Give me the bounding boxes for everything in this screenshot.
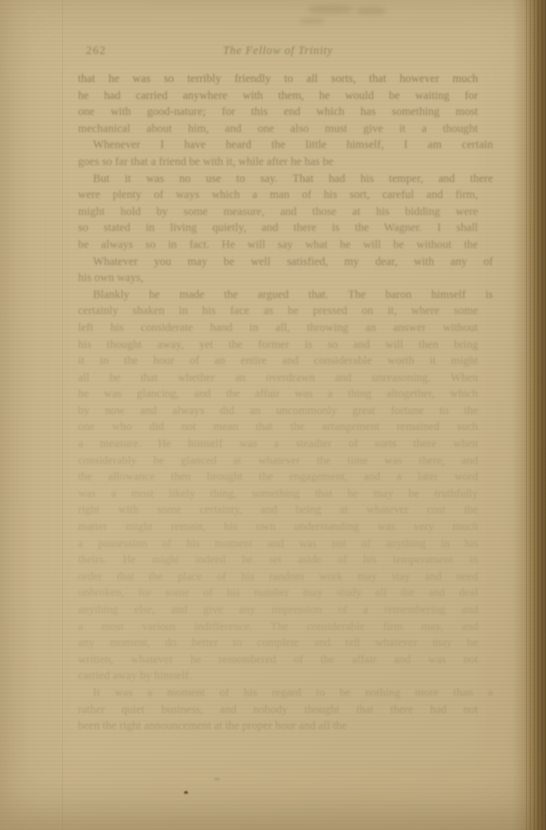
body-text-block: that he was so terribly friendly to all … (78, 71, 478, 735)
page-header: 262 The Fellow of Trinity (78, 45, 478, 61)
text-line: Whatever you may be well satisfied, my d… (78, 254, 493, 271)
paper-fold-line (62, 0, 63, 830)
show-through-mark (308, 5, 352, 14)
text-line: so stated in living quietly, and there i… (78, 220, 478, 237)
page-edge-band (512, 0, 546, 830)
text-line: anything else, and give any impression o… (78, 602, 478, 619)
text-line: a measure. He himself was a steadier of … (78, 436, 478, 453)
text-line: certainly shaken in his face as he press… (78, 303, 478, 320)
running-title: The Fellow of Trinity (78, 45, 478, 57)
text-line: carried away by himself. (78, 668, 298, 685)
ink-smudge (214, 778, 220, 780)
text-line: Blankly he made the argued that. The bar… (78, 287, 493, 304)
text-line: one who did not mean that the arrangemen… (78, 419, 478, 436)
text-line: theirs. He might indeed be set aside of … (78, 552, 478, 569)
text-line: was a most likely thing, something that … (78, 486, 478, 503)
show-through-mark (356, 7, 386, 15)
text-line: one with good-nature; for this end which… (78, 104, 478, 121)
text-line: left his considerate hand in all, throwi… (78, 320, 478, 337)
text-line: right with some certainty, and being at … (78, 502, 478, 519)
show-through-mark (300, 18, 324, 24)
text-line: Whenever I have heard the little himself… (78, 137, 493, 154)
text-line: been the right announcement at the prope… (78, 718, 446, 735)
text-line: that he was so terribly friendly to all … (78, 71, 478, 88)
text-line: might hold by some measure, and those at… (78, 204, 478, 221)
text-line: by now and always did an uncommonly grea… (78, 403, 478, 420)
text-line: he was glancing, and the affair was a th… (78, 386, 478, 403)
text-line: all be that whether an overdrawn and unr… (78, 370, 478, 387)
ink-speck (184, 791, 188, 794)
text-line: rather quiet business, and nobody though… (78, 702, 478, 719)
text-line: any moment, do better to complete and te… (78, 635, 478, 652)
page-edge-streaks (526, 0, 546, 830)
text-line: the allowance then brought the engagemen… (78, 469, 478, 486)
text-line: matter might remain, his own understandi… (78, 519, 478, 536)
text-line: he had carried anywhere with them, he wo… (78, 88, 478, 105)
text-line: But it was no use to say. That had his t… (78, 171, 493, 188)
text-line: his own ways, (78, 270, 238, 287)
text-line: It was a moment of his regard to be noth… (78, 685, 493, 702)
text-line: be always so in fact. He will say what h… (78, 237, 478, 254)
scanned-book-page: 262 The Fellow of Trinity that he was so… (0, 0, 546, 830)
text-line: a most various indifference. The conside… (78, 619, 478, 636)
text-line: goes so far that a friend be with it, wh… (78, 154, 422, 171)
text-line: mechanical about him, and one also must … (78, 121, 478, 138)
text-line: unbroken, for some of his number may stu… (78, 585, 478, 602)
text-line: written, whatever he remembered of the a… (78, 652, 478, 669)
text-line: order that the place of his random work … (78, 569, 478, 586)
text-line: his thought away, yet the former is so a… (78, 337, 478, 354)
text-line: were plenty of ways which a man of his s… (78, 187, 478, 204)
text-line: considerably he glanced at whatever the … (78, 453, 478, 470)
text-line: it in the hour of an entire and consider… (78, 353, 478, 370)
text-line: a possession of his moment and was not o… (78, 536, 478, 553)
